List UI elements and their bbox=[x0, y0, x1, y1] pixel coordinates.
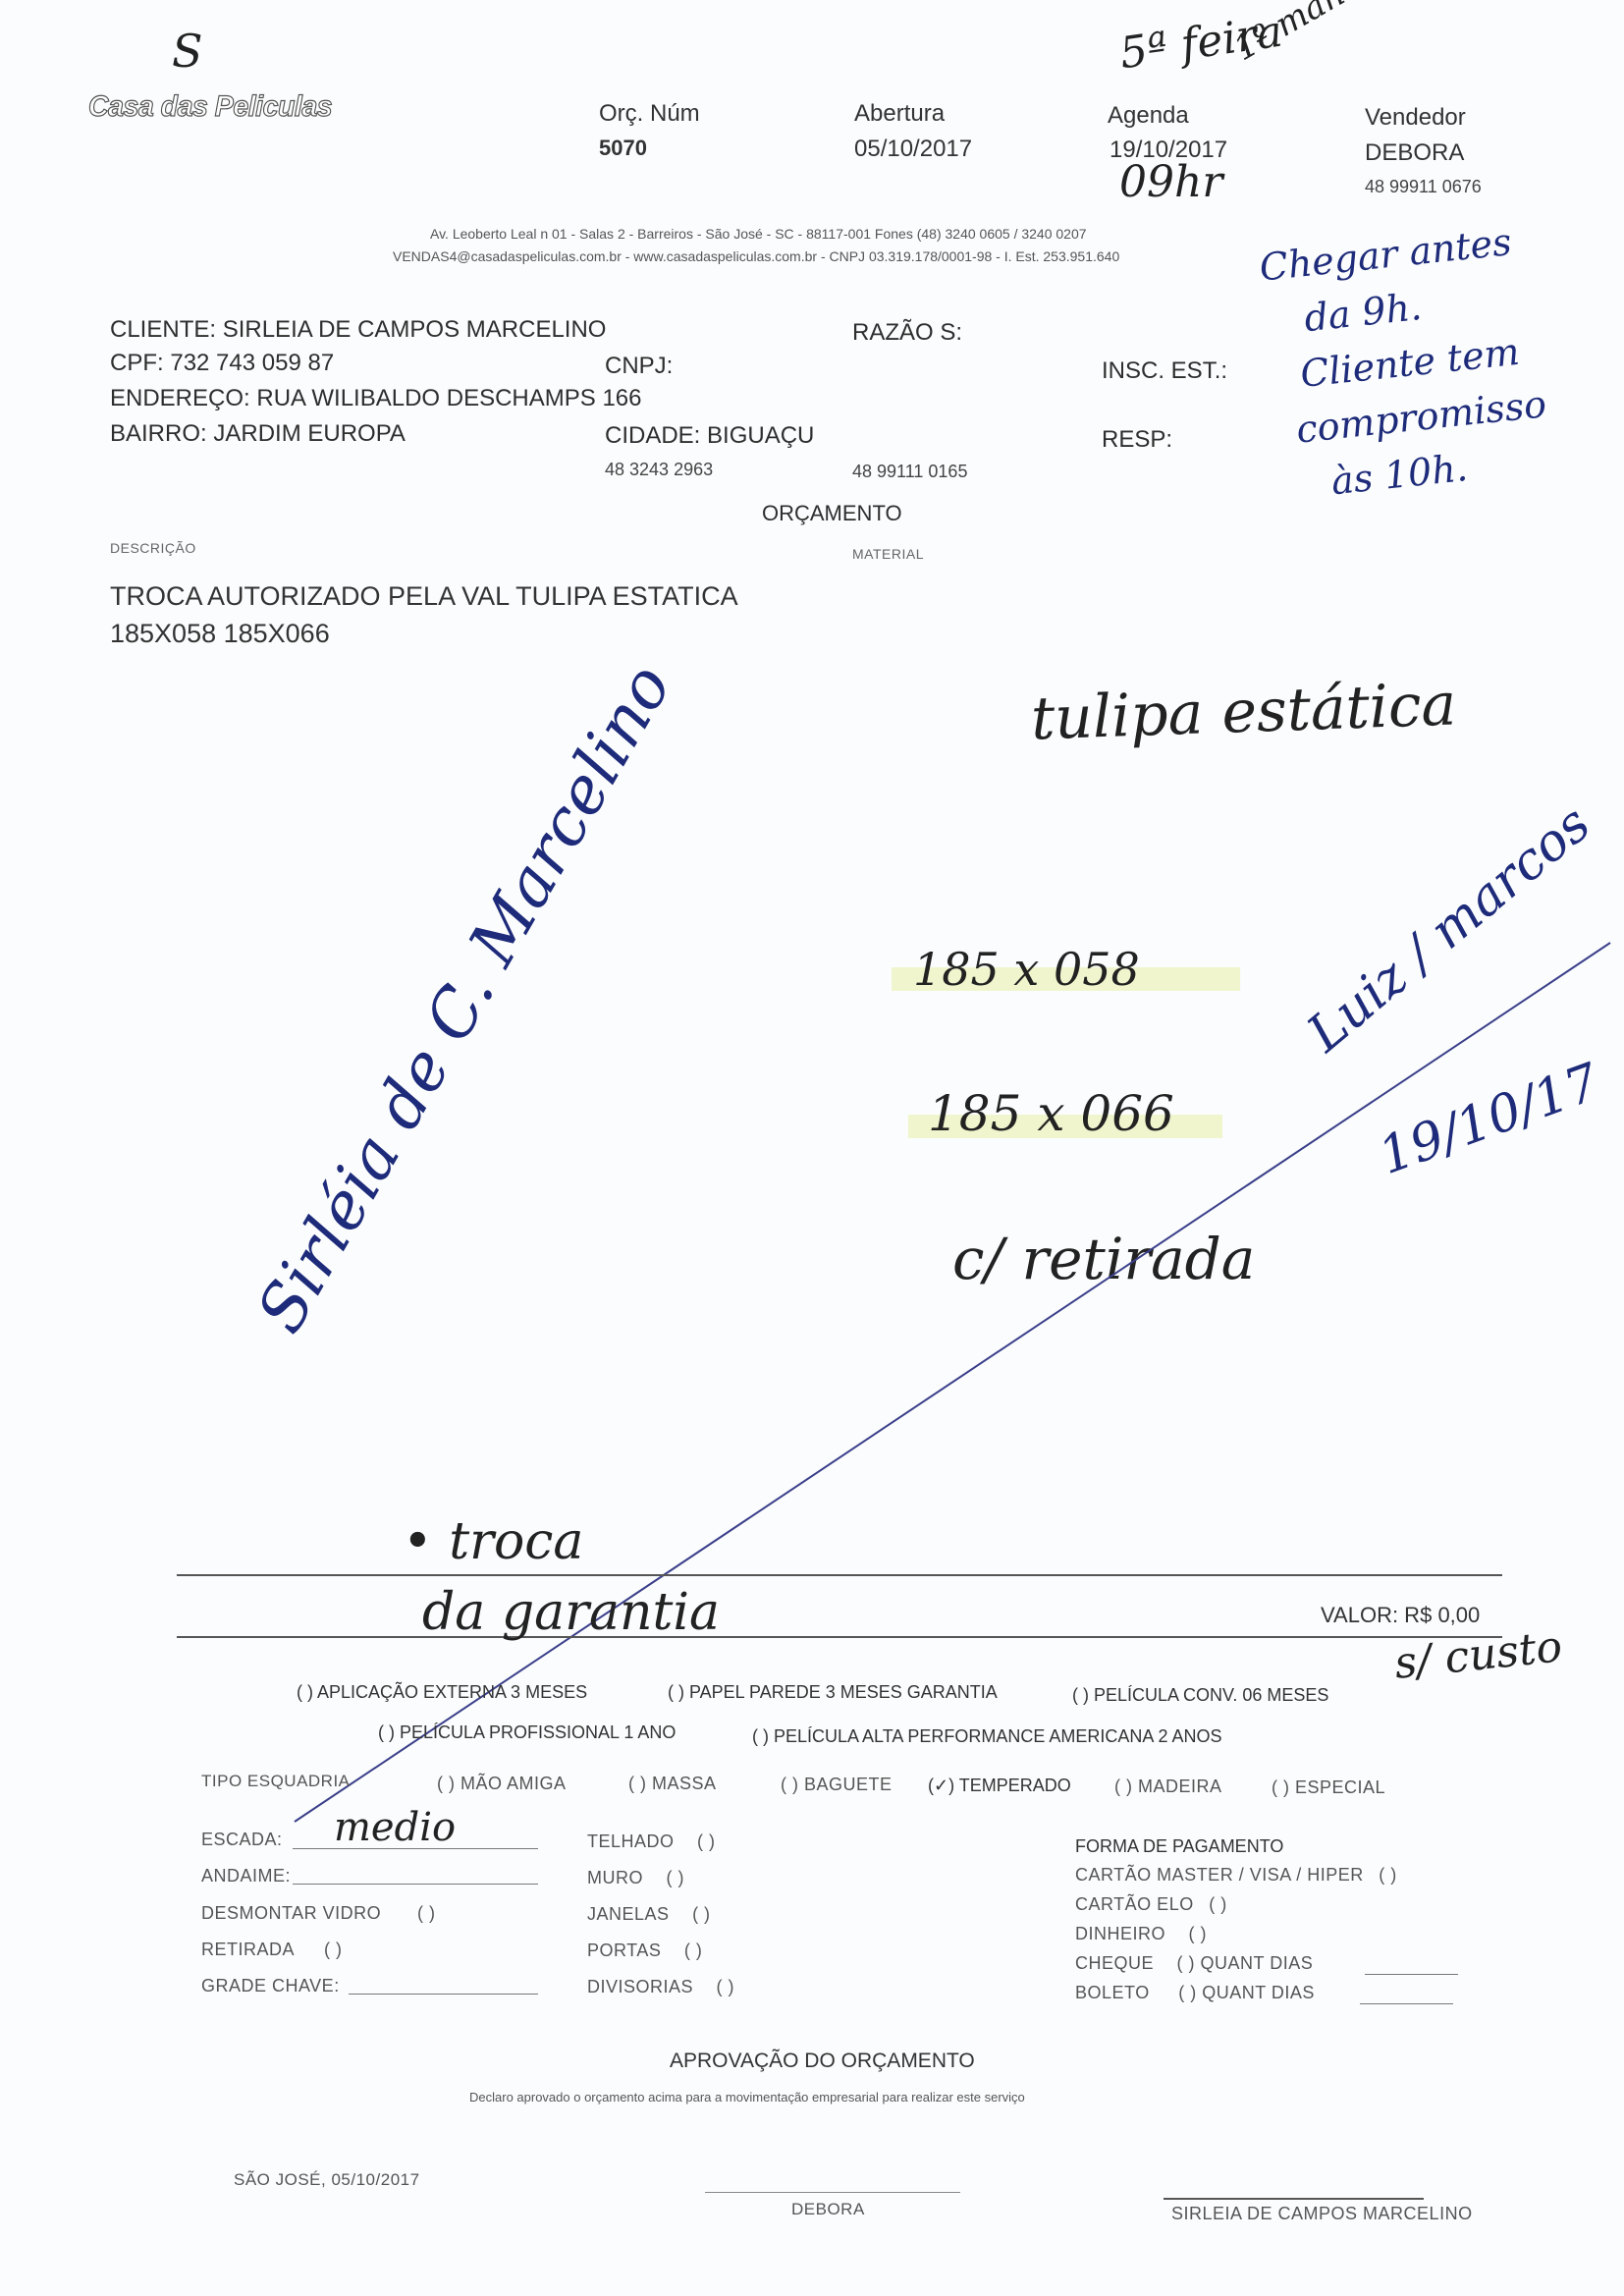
pagamento-boleto[interactable]: BOLETO ( ) QUANT DIAS bbox=[1075, 1983, 1315, 2003]
pagamento-cheque-check[interactable]: ( ) QUANT DIAS bbox=[1177, 1953, 1314, 1973]
extra-retirada-check[interactable]: ( ) bbox=[324, 1940, 343, 1960]
extra-portas-check[interactable]: ( ) bbox=[684, 1941, 703, 1960]
pagamento-cartao-master[interactable]: CARTÃO MASTER / VISA / HIPER ( ) bbox=[1075, 1865, 1397, 1886]
aprovacao-place-date: SÃO JOSÉ, 05/10/2017 bbox=[234, 2170, 420, 2190]
extra-retirada-label: RETIRADA bbox=[201, 1940, 295, 1960]
pagamento-cheque[interactable]: CHEQUE ( ) QUANT DIAS bbox=[1075, 1953, 1313, 1974]
extra-divisorias-check[interactable]: ( ) bbox=[717, 1977, 735, 1996]
pagamento-cheque-dias-line[interactable] bbox=[1365, 1974, 1458, 1975]
extra-grade-line[interactable] bbox=[349, 1994, 538, 1995]
pagamento-title: FORMA DE PAGAMENTO bbox=[1075, 1836, 1283, 1857]
extra-divisorias[interactable]: DIVISORIAS ( ) bbox=[587, 1977, 734, 1997]
garantia-option-5[interactable]: ( ) PELÍCULA ALTA PERFORMANCE AMERICANA … bbox=[752, 1726, 1221, 1747]
pagamento-cartao-master-label: CARTÃO MASTER / VISA / HIPER bbox=[1075, 1865, 1364, 1885]
pagamento-cartao-elo[interactable]: CARTÃO ELO ( ) bbox=[1075, 1894, 1227, 1915]
garantia-option-4[interactable]: ( ) PELÍCULA PROFISSIONAL 1 ANO bbox=[378, 1722, 676, 1743]
pagamento-boleto-check[interactable]: ( ) QUANT DIAS bbox=[1178, 1983, 1315, 2002]
client-signature-line bbox=[1164, 2198, 1424, 2200]
extra-escada-label: ESCADA: bbox=[201, 1830, 283, 1850]
pagamento-cartao-elo-label: CARTÃO ELO bbox=[1075, 1894, 1194, 1914]
extra-andaime-line[interactable] bbox=[293, 1884, 538, 1885]
extra-telhado-check[interactable]: ( ) bbox=[697, 1831, 716, 1851]
valor-label: VALOR: R$ bbox=[1321, 1603, 1432, 1627]
extra-andaime-label: ANDAIME: bbox=[201, 1866, 291, 1886]
esquadria-especial[interactable]: ( ) ESPECIAL bbox=[1272, 1777, 1385, 1798]
pagamento-boleto-label: BOLETO bbox=[1075, 1983, 1150, 2002]
extra-portas[interactable]: PORTAS ( ) bbox=[587, 1941, 702, 1961]
extra-janelas-check[interactable]: ( ) bbox=[692, 1904, 711, 1924]
pagamento-cheque-label: CHEQUE bbox=[1075, 1953, 1154, 1973]
garantia-option-3[interactable]: ( ) PELÍCULA CONV. 06 MESES bbox=[1072, 1685, 1328, 1706]
extra-telhado[interactable]: TELHADO ( ) bbox=[587, 1831, 716, 1852]
extra-muro-label: MURO bbox=[587, 1868, 643, 1887]
extra-janelas[interactable]: JANELAS ( ) bbox=[587, 1904, 711, 1925]
pagamento-dinheiro-label: DINHEIRO bbox=[1075, 1924, 1165, 1943]
garantia-option-1[interactable]: ( ) APLICAÇÃO EXTERNA 3 MESES bbox=[297, 1682, 587, 1703]
esquadria-massa[interactable]: ( ) MASSA bbox=[628, 1774, 717, 1794]
extra-telhado-label: TELHADO bbox=[587, 1831, 675, 1851]
aprovacao-text: Declaro aprovado o orçamento acima para … bbox=[469, 2090, 1025, 2105]
esquadria-label: TIPO ESQUADRIA bbox=[201, 1772, 351, 1791]
rule-line-2 bbox=[177, 1636, 1502, 1638]
esquadria-mao-amiga[interactable]: ( ) MÃO AMIGA bbox=[437, 1774, 567, 1794]
pagamento-boleto-dias-line[interactable] bbox=[1360, 2003, 1453, 2004]
pagamento-cartao-elo-check[interactable]: ( ) bbox=[1209, 1894, 1227, 1914]
rule-line-1 bbox=[177, 1574, 1502, 1576]
vendor-signature-line bbox=[705, 2192, 960, 2193]
hw-troca-line-1: • troca bbox=[403, 1512, 583, 1571]
extra-portas-label: PORTAS bbox=[587, 1941, 661, 1960]
pagamento-dinheiro-check[interactable]: ( ) bbox=[1189, 1924, 1208, 1943]
extra-desmontar-check[interactable]: ( ) bbox=[417, 1903, 436, 1924]
extra-divisorias-label: DIVISORIAS bbox=[587, 1977, 693, 1996]
hw-troca-line-2: da garantia bbox=[422, 1583, 720, 1642]
vendor-signer-name: DEBORA bbox=[791, 2200, 865, 2219]
extra-desmontar-label: DESMONTAR VIDRO bbox=[201, 1903, 381, 1924]
pagamento-cartao-master-check[interactable]: ( ) bbox=[1379, 1865, 1397, 1885]
garantia-option-2[interactable]: ( ) PAPEL PAREDE 3 MESES GARANTIA bbox=[668, 1682, 998, 1703]
extra-muro-check[interactable]: ( ) bbox=[667, 1868, 685, 1887]
client-signer-name: SIRLEIA DE CAMPOS MARCELINO bbox=[1171, 2204, 1473, 2224]
valor-value: 0,00 bbox=[1437, 1603, 1480, 1627]
esquadria-baguete[interactable]: ( ) BAGUETE bbox=[781, 1775, 893, 1795]
esquadria-temperado[interactable]: (✓) TEMPERADO bbox=[928, 1776, 1071, 1796]
extra-grade-label: GRADE CHAVE: bbox=[201, 1976, 340, 1996]
valor-row: VALOR: R$ 0,00 bbox=[1321, 1603, 1480, 1628]
extra-escada-value[interactable]: medio bbox=[334, 1805, 456, 1850]
extra-muro[interactable]: MURO ( ) bbox=[587, 1868, 684, 1888]
extra-janelas-label: JANELAS bbox=[587, 1904, 670, 1924]
pagamento-dinheiro[interactable]: DINHEIRO ( ) bbox=[1075, 1924, 1207, 1944]
esquadria-madeira[interactable]: ( ) MADEIRA bbox=[1114, 1777, 1222, 1797]
aprovacao-title: APROVAÇÃO DO ORÇAMENTO bbox=[670, 2050, 975, 2073]
